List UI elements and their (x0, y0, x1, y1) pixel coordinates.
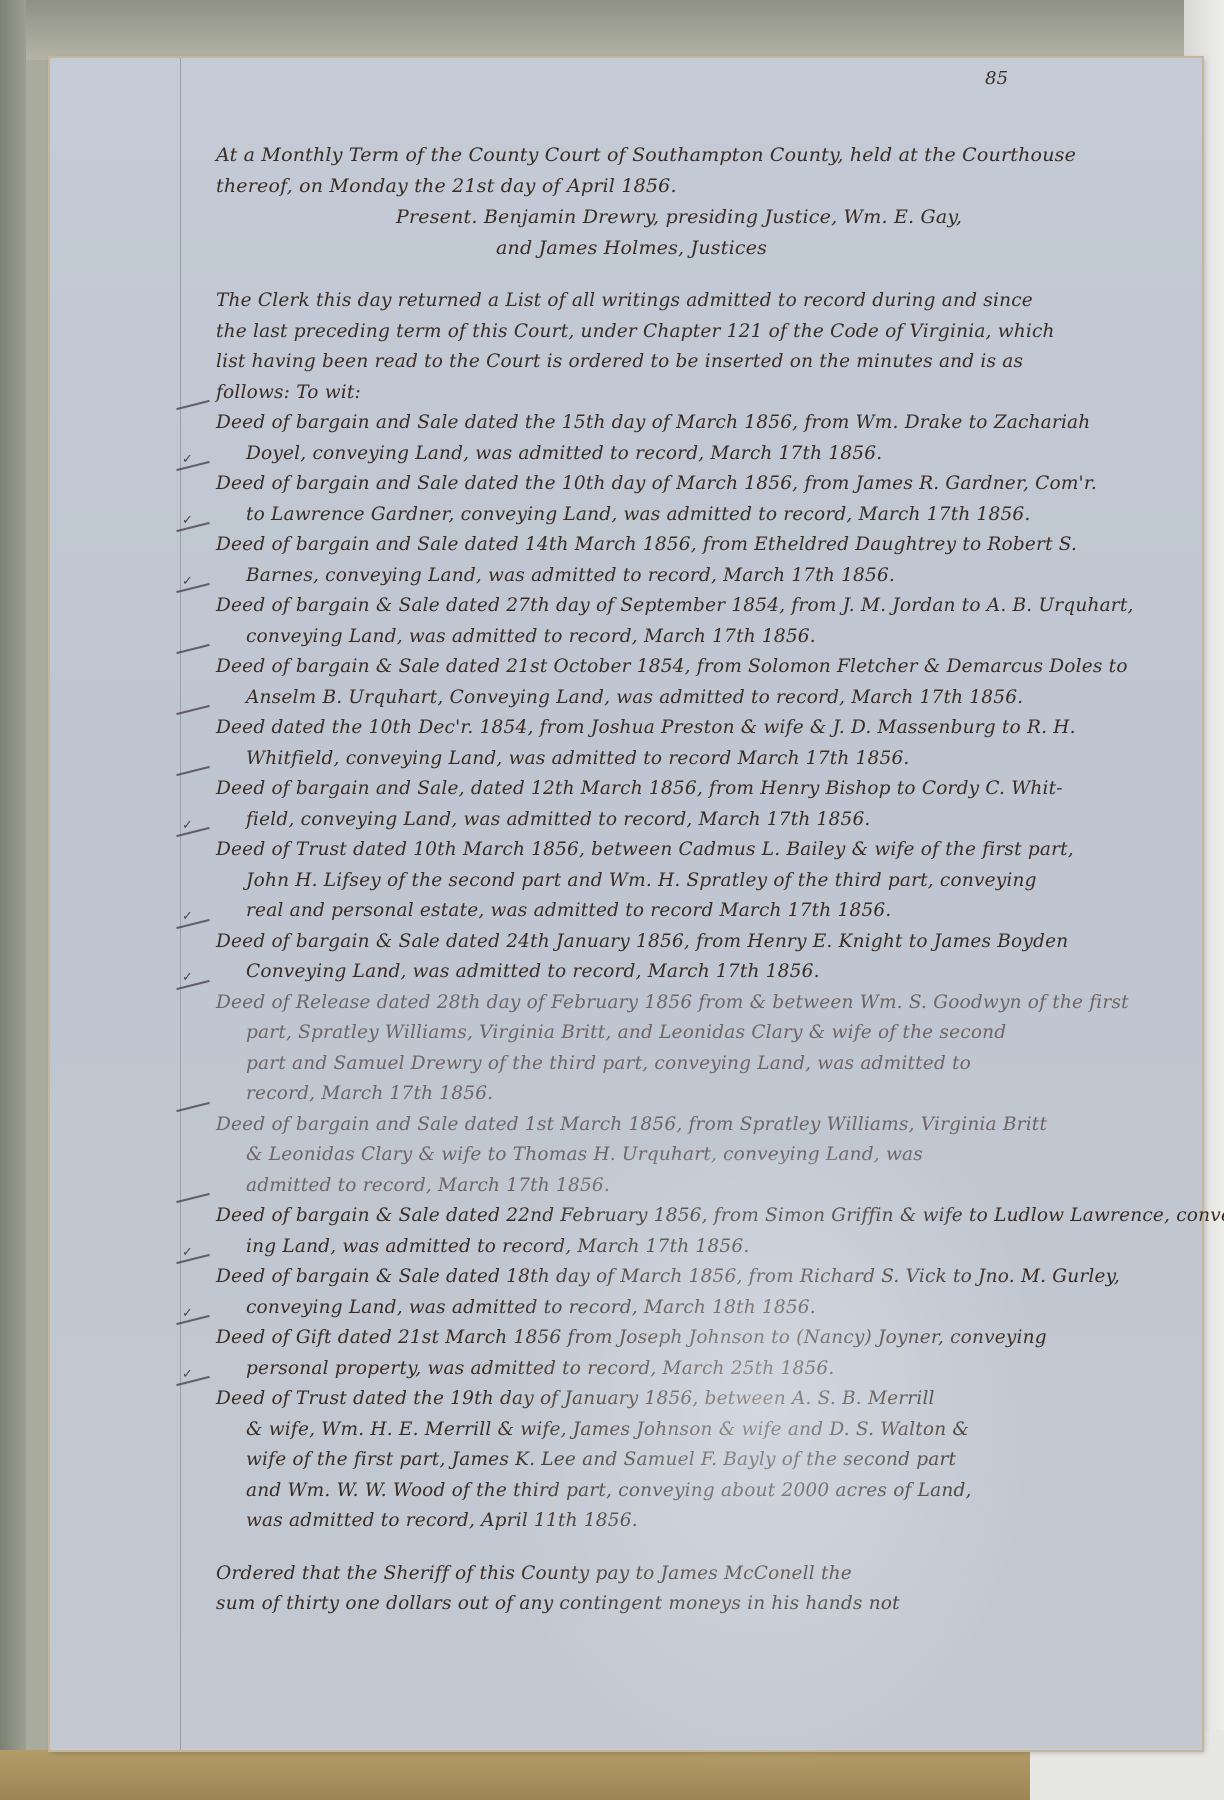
deed-entries: Deed of bargain and Sale dated the 15th … (216, 408, 1096, 1537)
deed-entry-line: Deed of bargain and Sale dated 1st March… (216, 1110, 1096, 1141)
deed-entry: Deed of bargain and Sale dated the 10th … (216, 469, 1096, 530)
deed-entry: Deed of bargain & Sale dated 18th day of… (216, 1262, 1096, 1323)
deed-entry-line: Deed of bargain and Sale dated the 15th … (216, 408, 1096, 439)
deed-entry-line: Deed of bargain & Sale dated 21st Octobe… (216, 652, 1096, 683)
margin-check-icon: ✓ (182, 445, 193, 476)
folio-number: 85 (985, 68, 1008, 89)
deed-entry-line: Deed of Trust dated the 19th day of Janu… (216, 1384, 1096, 1415)
deed-entry-line: was admitted to record, April 11th 1856. (216, 1506, 1096, 1537)
intro-line: the last preceding term of this Court, u… (216, 317, 1096, 348)
deed-entry-line: Whitfield, conveying Land, was admitted … (216, 744, 1096, 775)
deed-entry-line: ing Land, was admitted to record, March … (216, 1232, 1096, 1263)
margin-slash-mark (176, 705, 209, 715)
intro-line: The Clerk this day returned a List of al… (216, 286, 1096, 317)
clerk-intro: The Clerk this day returned a List of al… (216, 286, 1096, 408)
minutes-body: The Clerk this day returned a List of al… (216, 286, 1096, 1620)
deed-entry: Deed of bargain and Sale dated 1st March… (216, 1110, 1096, 1202)
deed-entry-line: conveying Land, was admitted to record, … (216, 1293, 1096, 1324)
deed-entry-line: Conveying Land, was admitted to record, … (216, 957, 1096, 988)
deed-entry-line: John H. Lifsey of the second part and Wm… (216, 866, 1096, 897)
deed-entry-line: Deed of bargain & Sale dated 18th day of… (216, 1262, 1096, 1293)
deed-entry-line: Deed of Release dated 28th day of Februa… (216, 988, 1096, 1019)
deed-entry-line: Deed of bargain and Sale dated the 10th … (216, 469, 1096, 500)
deed-entry-line: real and personal estate, was admitted t… (216, 896, 1096, 927)
deed-entry-line: part, Spratley Williams, Virginia Britt,… (216, 1018, 1096, 1049)
archival-sleeve-left (0, 0, 26, 1800)
deed-entry: Deed of bargain and Sale dated 14th Marc… (216, 530, 1096, 591)
order-line: sum of thirty one dollars out of any con… (216, 1589, 1096, 1620)
margin-check-icon: ✓ (182, 963, 193, 994)
deed-entry: Deed of bargain & Sale dated 24th Januar… (216, 927, 1096, 988)
header-line: At a Monthly Term of the County Court of… (216, 140, 1086, 171)
margin-check-icon: ✓ (182, 902, 193, 933)
deed-entry-line: wife of the first part, James K. Lee and… (216, 1445, 1096, 1476)
deed-entry-line: conveying Land, was admitted to record, … (216, 622, 1096, 653)
margin-check-icon: ✓ (182, 811, 193, 842)
deed-entry-line: Doyel, conveying Land, was admitted to r… (216, 439, 1096, 470)
margin-slash-mark (176, 766, 209, 776)
margin-slash-mark (176, 400, 209, 410)
margin-rule (180, 58, 181, 1750)
deed-entry-line: Deed of bargain and Sale, dated 12th Mar… (216, 774, 1096, 805)
justices-present: Present. Benjamin Drewry, presiding Just… (216, 202, 1086, 233)
deed-entry-line: and Wm. W. W. Wood of the third part, co… (216, 1476, 1096, 1507)
deed-entry-line: Deed of bargain & Sale dated 22nd Februa… (216, 1201, 1096, 1232)
deed-entry-line: personal property, was admitted to recor… (216, 1354, 1096, 1385)
deed-entry-line: field, conveying Land, was admitted to r… (216, 805, 1096, 836)
deed-entry-line: Barnes, conveying Land, was admitted to … (216, 561, 1096, 592)
deed-entry: Deed of bargain and Sale dated the 15th … (216, 408, 1096, 469)
order-line: Ordered that the Sheriff of this County … (216, 1559, 1096, 1590)
margin-slash-mark (176, 1101, 209, 1111)
deed-entry: Deed dated the 10th Dec'r. 1854, from Jo… (216, 713, 1096, 774)
manuscript-page: 85 At a Monthly Term of the County Court… (50, 58, 1202, 1750)
deed-entry-line: Anselm B. Urquhart, Conveying Land, was … (216, 683, 1096, 714)
deed-entry-line: Deed of Trust dated 10th March 1856, bet… (216, 835, 1096, 866)
header-line: thereof, on Monday the 21st day of April… (216, 171, 1086, 202)
margin-slash-mark (176, 1193, 209, 1203)
wooden-table (0, 1750, 1030, 1800)
deed-entry-line: & Leonidas Clary & wife to Thomas H. Urq… (216, 1140, 1096, 1171)
deed-entry-line: Deed of bargain & Sale dated 24th Januar… (216, 927, 1096, 958)
margin-check-icon: ✓ (182, 1238, 193, 1269)
deed-entry: Deed of Trust dated 10th March 1856, bet… (216, 835, 1096, 927)
court-session-header: At a Monthly Term of the County Court of… (216, 140, 1086, 264)
deed-entry-line: Deed of Gift dated 21st March 1856 from … (216, 1323, 1096, 1354)
deed-entry: Deed of Release dated 28th day of Februa… (216, 988, 1096, 1110)
margin-check-icon: ✓ (182, 567, 193, 598)
deed-entry: Deed of bargain and Sale, dated 12th Mar… (216, 774, 1096, 835)
deed-entry: Deed of Gift dated 21st March 1856 from … (216, 1323, 1096, 1384)
deed-entry: Deed of bargain & Sale dated 21st Octobe… (216, 652, 1096, 713)
deed-entry-line: admitted to record, March 17th 1856. (216, 1171, 1096, 1202)
deed-entry-line: Deed of bargain and Sale dated 14th Marc… (216, 530, 1096, 561)
deed-entry-line: part and Samuel Drewry of the third part… (216, 1049, 1096, 1080)
deed-entry: Deed of bargain & Sale dated 22nd Februa… (216, 1201, 1096, 1262)
margin-check-icon: ✓ (182, 1360, 193, 1391)
court-order: Ordered that the Sheriff of this County … (216, 1559, 1096, 1620)
margin-check-icon: ✓ (182, 1299, 193, 1330)
deed-entry: Deed of bargain & Sale dated 27th day of… (216, 591, 1096, 652)
justices-present: and James Holmes, Justices (216, 233, 1086, 264)
deed-entry-line: Deed dated the 10th Dec'r. 1854, from Jo… (216, 713, 1096, 744)
margin-slash-mark (176, 644, 209, 654)
intro-line: list having been read to the Court is or… (216, 347, 1096, 408)
deed-entry-line: to Lawrence Gardner, conveying Land, was… (216, 500, 1096, 531)
deed-entry-line: & wife, Wm. H. E. Merrill & wife, James … (216, 1415, 1096, 1446)
deed-entry-line: record, March 17th 1856. (216, 1079, 1096, 1110)
deed-entry-line: Deed of bargain & Sale dated 27th day of… (216, 591, 1096, 622)
archival-sleeve-top (0, 0, 1224, 60)
margin-check-icon: ✓ (182, 506, 193, 537)
deed-entry: Deed of Trust dated the 19th day of Janu… (216, 1384, 1096, 1537)
